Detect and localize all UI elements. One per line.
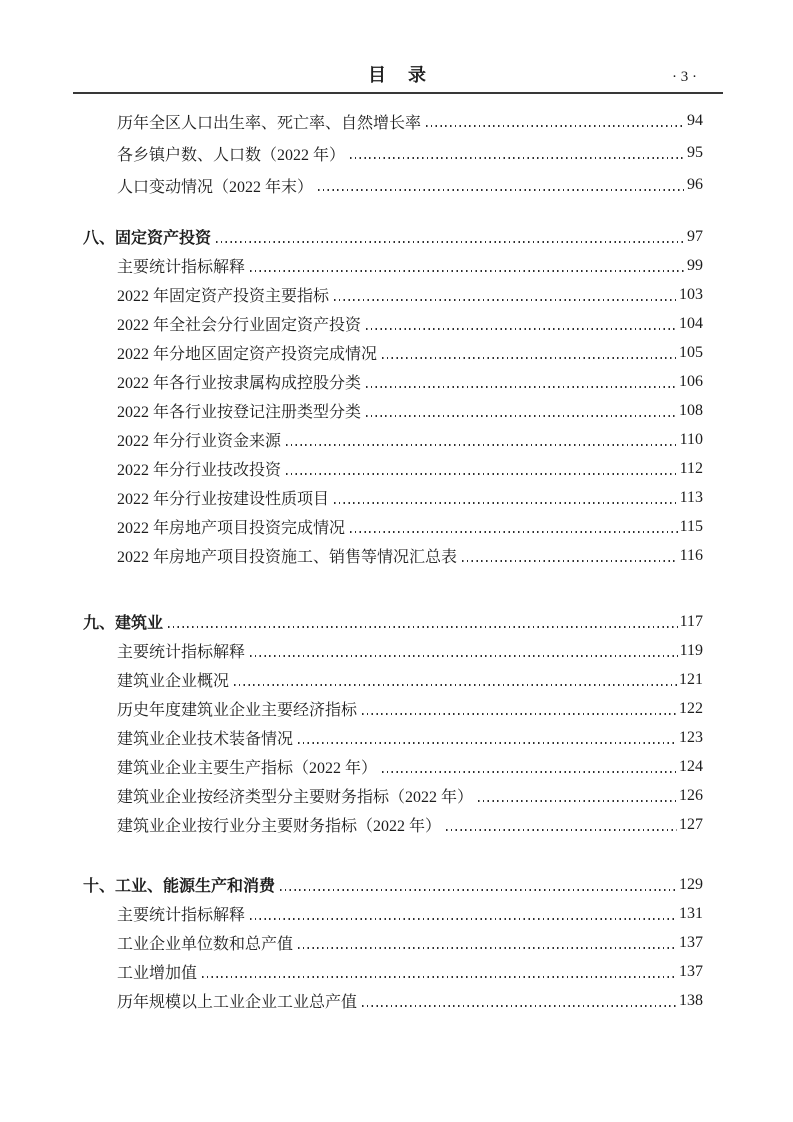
dot-leader	[286, 444, 678, 446]
toc-entry: 2022 年房地产项目投资施工、销售等情况汇总表 116	[73, 541, 723, 570]
toc-entry-label: 2022 年分行业资金来源	[117, 428, 281, 451]
dot-leader	[382, 357, 677, 359]
toc-entry-label: 建筑业企业按行业分主要财务指标（2022 年）	[117, 813, 441, 836]
toc-entry-page: 94	[687, 112, 703, 130]
toc-entry-label: 历史年度建筑业企业主要经济指标	[117, 697, 357, 720]
toc-entry-page: 123	[679, 729, 703, 747]
toc-entry-page: 119	[680, 642, 703, 660]
toc-entry-page: 137	[679, 963, 703, 981]
toc-entry-label: 2022 年分地区固定资产投资完成情况	[117, 341, 377, 364]
toc-section-number: 九、	[83, 615, 115, 632]
dot-leader	[216, 241, 685, 243]
dot-leader	[366, 415, 677, 417]
toc-entry: 主要统计指标解释 99	[73, 251, 723, 280]
dot-leader	[350, 157, 685, 159]
toc-section-heading: 十、工业、能源生产和消费 129	[73, 870, 723, 899]
dot-leader	[250, 655, 678, 657]
toc-entry-page: 113	[680, 489, 703, 507]
toc-entry-page: 127	[679, 816, 703, 834]
dot-leader	[250, 918, 677, 920]
page-content: 目 录 · 3 · 历年全区人口出生率、死亡率、自然增长率 94 各乡镇户数、人…	[73, 0, 723, 1015]
page-header: 目 录 · 3 ·	[73, 63, 723, 87]
toc-entry-label: 主要统计指标解释	[117, 902, 245, 925]
dot-leader	[318, 189, 685, 191]
toc-entry-page: 105	[679, 344, 703, 362]
toc-section-number: 八、	[83, 230, 115, 247]
toc-entry: 主要统计指标解释 131	[73, 899, 723, 928]
toc-entry-label: 2022 年分行业按建设性质项目	[117, 486, 329, 509]
toc-entry: 工业企业单位数和总产值 137	[73, 928, 723, 957]
toc-entry: 建筑业企业概况 121	[73, 665, 723, 694]
toc-entry-page: 106	[679, 373, 703, 391]
toc-entry-label: 工业企业单位数和总产值	[117, 931, 293, 954]
toc-entry-page: 137	[679, 934, 703, 952]
toc-entry-page: 104	[679, 315, 703, 333]
toc-entry-label: 主要统计指标解释	[117, 254, 245, 277]
toc-entry: 2022 年分地区固定资产投资完成情况 105	[73, 338, 723, 367]
toc-section-name: 固定资产投资	[115, 230, 211, 247]
dot-leader	[334, 299, 677, 301]
toc-entry-label: 建筑业企业按经济类型分主要财务指标（2022 年）	[117, 784, 473, 807]
toc-section-fixed-asset-investment: 八、固定资产投资 97 主要统计指标解释 99 2022 年固定资产投资主要指标…	[73, 222, 723, 570]
toc-entry: 2022 年分行业技改投资 112	[73, 454, 723, 483]
toc-entry: 历史年度建筑业企业主要经济指标 122	[73, 694, 723, 723]
toc-entry-label: 2022 年各行业按登记注册类型分类	[117, 399, 361, 422]
toc-section-page: 97	[687, 228, 703, 246]
dot-leader	[366, 386, 677, 388]
toc-section-title: 九、建筑业	[83, 610, 163, 633]
toc-entry: 历年全区人口出生率、死亡率、自然增长率 94	[73, 105, 723, 137]
toc-entry-label: 2022 年房地产项目投资完成情况	[117, 515, 345, 538]
dot-leader	[366, 328, 677, 330]
toc-entry-label: 各乡镇户数、人口数（2022 年）	[117, 142, 345, 165]
toc-entry: 建筑业企业按行业分主要财务指标（2022 年） 127	[73, 810, 723, 839]
toc-entry: 各乡镇户数、人口数（2022 年） 95	[73, 137, 723, 169]
toc-entry: 2022 年各行业按登记注册类型分类 108	[73, 396, 723, 425]
toc-entry: 2022 年全社会分行业固定资产投资 104	[73, 309, 723, 338]
toc-entry: 人口变动情况（2022 年末） 96	[73, 169, 723, 201]
toc-entry-page: 108	[679, 402, 703, 420]
toc-entry-page: 99	[687, 257, 703, 275]
toc-section-page: 117	[680, 613, 703, 631]
toc-entry-label: 人口变动情况（2022 年末）	[117, 174, 313, 197]
page-title: 目 录	[73, 61, 723, 87]
dot-leader	[298, 742, 677, 744]
toc-entry-page: 121	[679, 671, 703, 689]
header-page-number: · 3 ·	[672, 69, 697, 86]
toc-entry-label: 工业增加值	[117, 960, 197, 983]
toc-page: 目 录 · 3 · 历年全区人口出生率、死亡率、自然增长率 94 各乡镇户数、人…	[0, 0, 793, 1122]
toc-entry-label: 2022 年分行业技改投资	[117, 457, 281, 480]
toc-section-heading: 八、固定资产投资 97	[73, 222, 723, 251]
toc-section-heading: 九、建筑业 117	[73, 607, 723, 636]
dot-leader	[334, 502, 678, 504]
toc-section-number: 十、	[83, 878, 115, 895]
toc-entry: 2022 年分行业按建设性质项目 113	[73, 483, 723, 512]
toc-entry-label: 建筑业企业主要生产指标（2022 年）	[117, 755, 377, 778]
toc-entry-label: 2022 年固定资产投资主要指标	[117, 283, 329, 306]
toc-list: 历年全区人口出生率、死亡率、自然增长率 94 各乡镇户数、人口数（2022 年）…	[73, 94, 723, 1015]
dot-leader	[462, 560, 678, 562]
toc-entry-label: 建筑业企业概况	[117, 668, 229, 691]
dot-leader	[382, 771, 677, 773]
toc-entry: 建筑业企业技术装备情况 123	[73, 723, 723, 752]
toc-entry: 历年规模以上工业企业工业总产值 138	[73, 986, 723, 1015]
toc-entry-page: 115	[680, 518, 703, 536]
toc-section-title: 八、固定资产投资	[83, 225, 211, 248]
toc-entry-page: 96	[687, 176, 703, 194]
dot-leader	[202, 976, 677, 978]
toc-section-construction: 九、建筑业 117 主要统计指标解释 119 建筑业企业概况 121 历史年度建…	[73, 607, 723, 839]
toc-entry: 主要统计指标解释 119	[73, 636, 723, 665]
toc-entry-page: 103	[679, 286, 703, 304]
dot-leader	[362, 1005, 677, 1007]
toc-entry-page: 110	[680, 431, 703, 449]
toc-entry: 建筑业企业按经济类型分主要财务指标（2022 年） 126	[73, 781, 723, 810]
toc-entry: 2022 年固定资产投资主要指标 103	[73, 280, 723, 309]
dot-leader	[478, 800, 677, 802]
toc-entry-label: 2022 年各行业按隶属构成控股分类	[117, 370, 361, 393]
toc-entry-label: 历年全区人口出生率、死亡率、自然增长率	[117, 110, 421, 133]
toc-entry-page: 126	[679, 787, 703, 805]
dot-leader	[168, 626, 678, 628]
dot-leader	[280, 889, 677, 891]
toc-section-name: 工业、能源生产和消费	[115, 878, 275, 895]
toc-section-industry-energy: 十、工业、能源生产和消费 129 主要统计指标解释 131 工业企业单位数和总产…	[73, 870, 723, 1015]
toc-entry: 2022 年分行业资金来源 110	[73, 425, 723, 454]
dot-leader	[350, 531, 678, 533]
toc-entry-label: 2022 年房地产项目投资施工、销售等情况汇总表	[117, 544, 457, 567]
toc-entry-page: 138	[679, 992, 703, 1010]
toc-entry-label: 主要统计指标解释	[117, 639, 245, 662]
dot-leader	[234, 684, 677, 686]
dot-leader	[286, 473, 678, 475]
dot-leader	[362, 713, 677, 715]
toc-section-title: 十、工业、能源生产和消费	[83, 873, 275, 896]
toc-entry-label: 历年规模以上工业企业工业总产值	[117, 989, 357, 1012]
dot-leader	[298, 947, 677, 949]
toc-entry: 2022 年房地产项目投资完成情况 115	[73, 512, 723, 541]
toc-group-continuation: 历年全区人口出生率、死亡率、自然增长率 94 各乡镇户数、人口数（2022 年）…	[73, 105, 723, 201]
toc-entry-page: 124	[679, 758, 703, 776]
toc-entry: 建筑业企业主要生产指标（2022 年） 124	[73, 752, 723, 781]
toc-entry-page: 112	[680, 460, 703, 478]
toc-entry-page: 116	[680, 547, 703, 565]
dot-leader	[250, 270, 685, 272]
toc-entry-label: 2022 年全社会分行业固定资产投资	[117, 312, 361, 335]
toc-entry: 工业增加值 137	[73, 957, 723, 986]
dot-leader	[446, 829, 677, 831]
toc-entry: 2022 年各行业按隶属构成控股分类 106	[73, 367, 723, 396]
toc-section-name: 建筑业	[115, 615, 163, 632]
toc-entry-page: 122	[679, 700, 703, 718]
dot-leader	[426, 125, 685, 127]
toc-entry-page: 95	[687, 144, 703, 162]
toc-entry-page: 131	[679, 905, 703, 923]
toc-section-page: 129	[679, 876, 703, 894]
toc-entry-label: 建筑业企业技术装备情况	[117, 726, 293, 749]
